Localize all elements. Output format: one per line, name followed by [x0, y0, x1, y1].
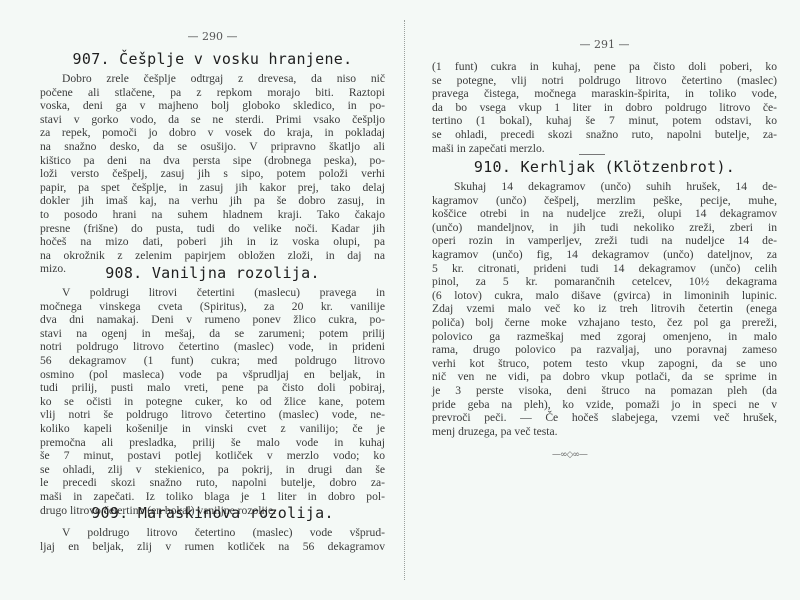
ornamental-divider: —∞◇∞—: [552, 450, 587, 460]
text-line: stavi na ogenj in mešaj, da se zarumeni;…: [40, 327, 385, 341]
text-line: premočna ali presladka, prilij še malo v…: [40, 436, 385, 450]
recipe-907-text: Dobro zrele češplje odtrgaj z drevesa, d…: [40, 72, 385, 276]
text-line: kagramov (unčo) fig, 14 dekagramov (unčo…: [432, 248, 777, 262]
text-line: je 3 perste visoka, deni štruco na pomaz…: [432, 384, 777, 398]
text-line: le precedi skozi snažno ruto, napolni bu…: [40, 476, 385, 490]
text-line: maši in zapečati. Iz toliko blaga je 1 l…: [40, 490, 385, 504]
text-line: pride geba na pleh), ko vzide, pomaži jo…: [432, 398, 777, 412]
text-line: dokler jih imaš kaj, na verhu jih pa še …: [40, 194, 385, 208]
text-line: 5 kr. citronati, prideni tudi 14 dekagra…: [432, 262, 777, 276]
text-line: stavi v gorko vodo, da se ne sterdi. Pri…: [40, 113, 385, 127]
page-number-right: — 291 —: [432, 38, 777, 51]
text-line: Dobro zrele češplje odtrgaj z drevesa, d…: [40, 72, 385, 86]
text-line: tudi prilij, pusti malo vreti, pene pa č…: [40, 381, 385, 395]
heading-908: 908. Vaniljna rozolija.: [40, 264, 385, 282]
text-line: se ohladi, precedi skozi snažno ruto, na…: [432, 128, 777, 142]
text-line: prevroči peči. — Če hočeš slabejega, vze…: [432, 411, 777, 425]
text-line: menj druzega, pa več testa.: [432, 425, 777, 439]
text-line: tertino (1 bokal), kuhaj še 7 minut, pot…: [432, 114, 777, 128]
text-line: (1 funt) cukra in kuhaj, pene pa čisto d…: [432, 60, 777, 74]
text-line: se potegne, vlij notri poldrugo litrovo …: [432, 74, 777, 88]
text-line: dva dni namakaj. Deni v rumeno ponev žli…: [40, 313, 385, 327]
text-line: močnega vinskega cveta (Spiritus), za 20…: [40, 300, 385, 314]
text-line: za repek, pomoči jo dobro v vosek do kra…: [40, 126, 385, 140]
text-line: to posodo hrani na suhem hladnem kraji. …: [40, 208, 385, 222]
right-page: — 291 — (1 funt) cukra in kuhaj, pene pa…: [432, 0, 777, 600]
text-line: rama, drugo polovico pa razvaljaj, uno p…: [432, 343, 777, 357]
text-line: še 7 minut, postavi potlej kotliček v me…: [40, 449, 385, 463]
recipe-909-continuation: (1 funt) cukra in kuhaj, pene pa čisto d…: [432, 60, 777, 155]
text-line: nič ven ne vidi, pa dobro vkup potlači, …: [432, 370, 777, 384]
text-line: pinol, za 5 kr. pomarančnih cetelcev, 10…: [432, 275, 777, 289]
heading-909: 909. Maraskinova rozolija.: [40, 504, 385, 522]
text-line: loži versto češpelj, zasuj jih s sipo, p…: [40, 167, 385, 181]
text-line: koliko kapeli košenilje in vinski cvet z…: [40, 422, 385, 436]
text-line: da bo vsega vkup 1 liter in dobro poldru…: [432, 101, 777, 115]
text-line: koščice otrebi in na nudeljce zreži, olu…: [432, 207, 777, 221]
text-line: Skuhaj 14 dekagramov (unčo) suhih hrušek…: [432, 180, 777, 194]
left-page: — 290 — 907. Češplje v vosku hranjene. D…: [40, 0, 385, 600]
heading-910: 910. Kerhljak (Klötzenbrot).: [432, 158, 777, 176]
text-line: notri poldrugo litrovo četertino (maslec…: [40, 340, 385, 354]
text-line: pravega čistega, močnega maraskin-špirit…: [432, 87, 777, 101]
page-number-left: — 290 —: [40, 30, 385, 43]
text-line: na snažno desko, da se osušijo. V pripra…: [40, 140, 385, 154]
text-line: na okrožnik z zelenim papirjem obložen z…: [40, 249, 385, 263]
text-line: V poldrugo litrovo četertino (maslec) vo…: [40, 526, 385, 540]
text-line: kištico pa deni na dva persta sipe (drob…: [40, 154, 385, 168]
text-line: polovico ga razmeškaj med zgoraj omenjen…: [432, 330, 777, 344]
text-line: presne (frišne) do pusta, tudi do velike…: [40, 222, 385, 236]
text-line: hočeš na mizo dati, poberi jih in iz vos…: [40, 235, 385, 249]
text-line: (6 lotov) cukra, malo dišave (gvirca) in…: [432, 289, 777, 303]
text-line: osmino (pol masleca) vode pa všprudljaj …: [40, 368, 385, 382]
text-line: V poldrugi litrovi četertini (maslecu) p…: [40, 286, 385, 300]
text-line: poliča) bolj černe moke vzhajano testo, …: [432, 316, 777, 330]
text-line: (unčo) mandeljnov, in jih tudi nekoliko …: [432, 221, 777, 235]
recipe-909-text: V poldrugo litrovo četertino (maslec) vo…: [40, 526, 385, 553]
recipe-908-text: V poldrugi litrovi četertini (maslecu) p…: [40, 286, 385, 517]
text-line: 56 dekagramov (1 funt) cukra; med poldru…: [40, 354, 385, 368]
text-line: Zdaj vzemi malo več ko iz treh litrovih …: [432, 302, 777, 316]
text-line: ljaj en beljak, zlij v rumen kotliček na…: [40, 540, 385, 554]
text-line: počene ali stlačene, pa z repkom morajo …: [40, 86, 385, 100]
recipe-910-text: Skuhaj 14 dekagramov (unčo) suhih hrušek…: [432, 180, 777, 438]
page-gutter-divider: [404, 20, 405, 580]
text-line: verhi kot štruco, potem testo vkup zapog…: [432, 357, 777, 371]
text-line: vlij notri še poldrugo litrovo četertino…: [40, 408, 385, 422]
text-line: kagramov (unčo) češpelj, merzlim peške, …: [432, 194, 777, 208]
heading-907: 907. Češplje v vosku hranjene.: [40, 50, 385, 68]
text-line: voska, deni ga v majheno bolj globoko sk…: [40, 99, 385, 113]
text-line: papir, pa spet češplje, in zasuj jih kak…: [40, 181, 385, 195]
section-rule: [579, 154, 605, 155]
text-line: se ohladi, zlij v stekienico, pa pokrij,…: [40, 463, 385, 477]
text-line: ko se očisti in potegne cuker, ko od žli…: [40, 395, 385, 409]
text-line: operi rozin in vamperljev, zreži tudi na…: [432, 234, 777, 248]
